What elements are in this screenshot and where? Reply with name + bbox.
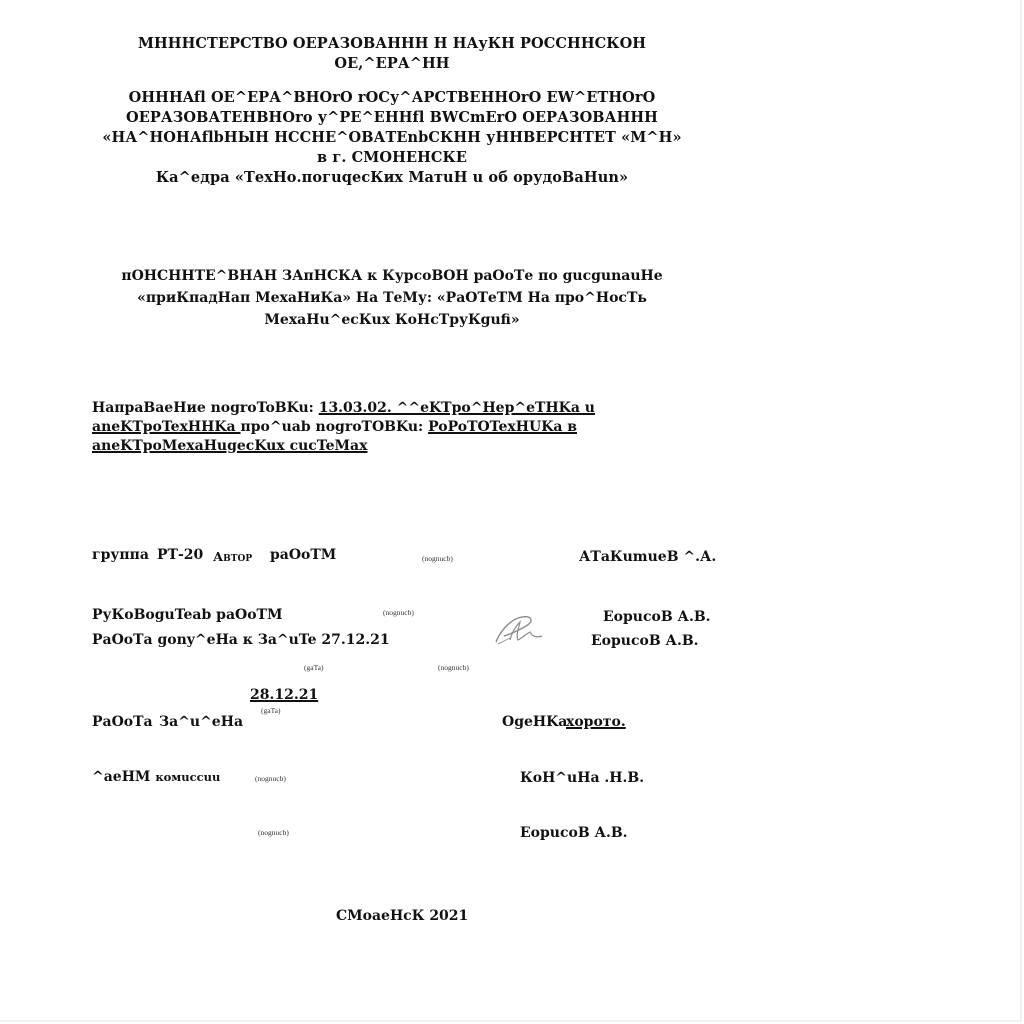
ministry-line-1: МННHСТЕРСТВО ОЕРАЗОВАННН Н НАуКН РОССННС… (0, 34, 784, 54)
submitted-label: РаОоТа gony^eHa к За^uTe 27.12.21 (92, 631, 390, 650)
group-label: группа (92, 546, 149, 565)
defended-label-2: За^u^еНа (159, 713, 243, 732)
supervisor-label: РуКоBoguTeab раОоТМ (92, 606, 282, 625)
group-value: РТ-20 (157, 546, 203, 565)
city-line: в г. СМОНЕНСКЕ (0, 148, 784, 168)
supervisor-name: ЕорucoВ А.В. (603, 608, 711, 627)
author-name: АТаКumueВ ^.А. (579, 548, 716, 567)
ministry-line-2: ОЕ,^ЕРА^НН (0, 54, 784, 74)
defended-label: РаОоТа (92, 713, 153, 732)
institution-line-1: ОННHAfl ОЕ^ЕРА^ВНОrО rОСу^АРСТВЕННОrО EW… (0, 88, 784, 108)
defended-date: 28.12.21 (250, 686, 318, 705)
direction-label: НапраВаеНие nogroToBKu: (92, 400, 314, 416)
direction-value: 13.03.02. ^^eKTpo^Hep^eTHKa u (319, 400, 595, 416)
supervisor-signature-caption: (nognucb) (383, 608, 414, 617)
document-title: пОНСННТЕ^ВНАН ЗАпНСКА к КурсоВОН раОоТе … (0, 265, 784, 331)
institution-header: ОННHAfl ОЕ^ЕРА^ВНОrО rОСу^АРСТВЕННОrО EW… (0, 88, 784, 188)
document-page: МННHСТЕРСТВО ОЕРАЗОВАННН Н НАуКН РОССННС… (0, 0, 1022, 1022)
profile-value: PoPoTOTexHUKa в (428, 419, 577, 435)
institution-line-3: «НА^НОНАflbHЫН НССНЕ^ОВАТЕnbСКНН уННВЕРС… (0, 128, 784, 148)
submitted-signature-caption: (nognucb) (438, 663, 469, 672)
submitted-date-caption: (gaTa) (304, 663, 323, 672)
handwritten-signature-icon (490, 612, 550, 648)
commission-signature-caption-2: (nognucb) (258, 828, 289, 837)
commission-label-part1: ^аеНМ (92, 769, 150, 785)
grade-label: OgeHKa (502, 713, 567, 732)
ministry-header: МННHСТЕРСТВО ОЕРАЗОВАННН Н НАуКН РОССННС… (0, 34, 784, 74)
commission-label: ^аеНМ комuссuu (92, 768, 220, 787)
defended-date-caption: (gaTa) (261, 706, 280, 715)
direction-line-3: aneKTpoMexaHugecKux cucTeMax (92, 437, 367, 456)
commission-label-part2: комuссuu (155, 770, 220, 784)
direction-line-1: НапраВаеНие nogroToBKu: 13.03.02. ^^eKTp… (92, 399, 595, 418)
grade-value: хорото. (566, 713, 626, 732)
title-line-3: МехаНu^есКux КоНсТруКgufi» (0, 309, 784, 331)
author-label: Автор (213, 547, 252, 566)
profile-label: про^uab nogroTOBKu: (241, 419, 424, 435)
submitted-name: ЕорucoВ А.В. (591, 632, 699, 651)
direction-value-cont: aneKTpoTexHHKa (92, 419, 241, 435)
commission-signature-caption: (nognucb) (255, 774, 286, 783)
city-year: СМоаеНсК 2021 (336, 907, 468, 926)
institution-line-2: ОЕРАЗОВАТЕНВНОrо у^РЕ^ЕННfl BWCmErO ОЕРА… (0, 108, 784, 128)
author-signature-caption: (nognucb) (422, 554, 453, 563)
commission-member-name-2: ЕорucoВ А.В. (520, 824, 628, 843)
profile-value-cont: aneKTpoMexaHugecKux cucTeMax (92, 438, 367, 454)
department-line: Ка^едра «ТехНо.погuqесКих МатuН u об ору… (0, 168, 784, 188)
commission-member-name: КоН^uНа .Н.В. (520, 769, 644, 788)
title-line-2: «приКпадНап МехаНиКа» На ТеМу: «РаОТеТМ … (0, 287, 784, 309)
title-line-1: пОНСННТЕ^ВНАН ЗАпНСКА к КурсоВОН раОоТе … (0, 265, 784, 287)
direction-line-2: aneKTpoTexHHKa про^uab nogroTOBKu: PoPoT… (92, 418, 577, 437)
work-label: раОоТМ (270, 546, 336, 565)
